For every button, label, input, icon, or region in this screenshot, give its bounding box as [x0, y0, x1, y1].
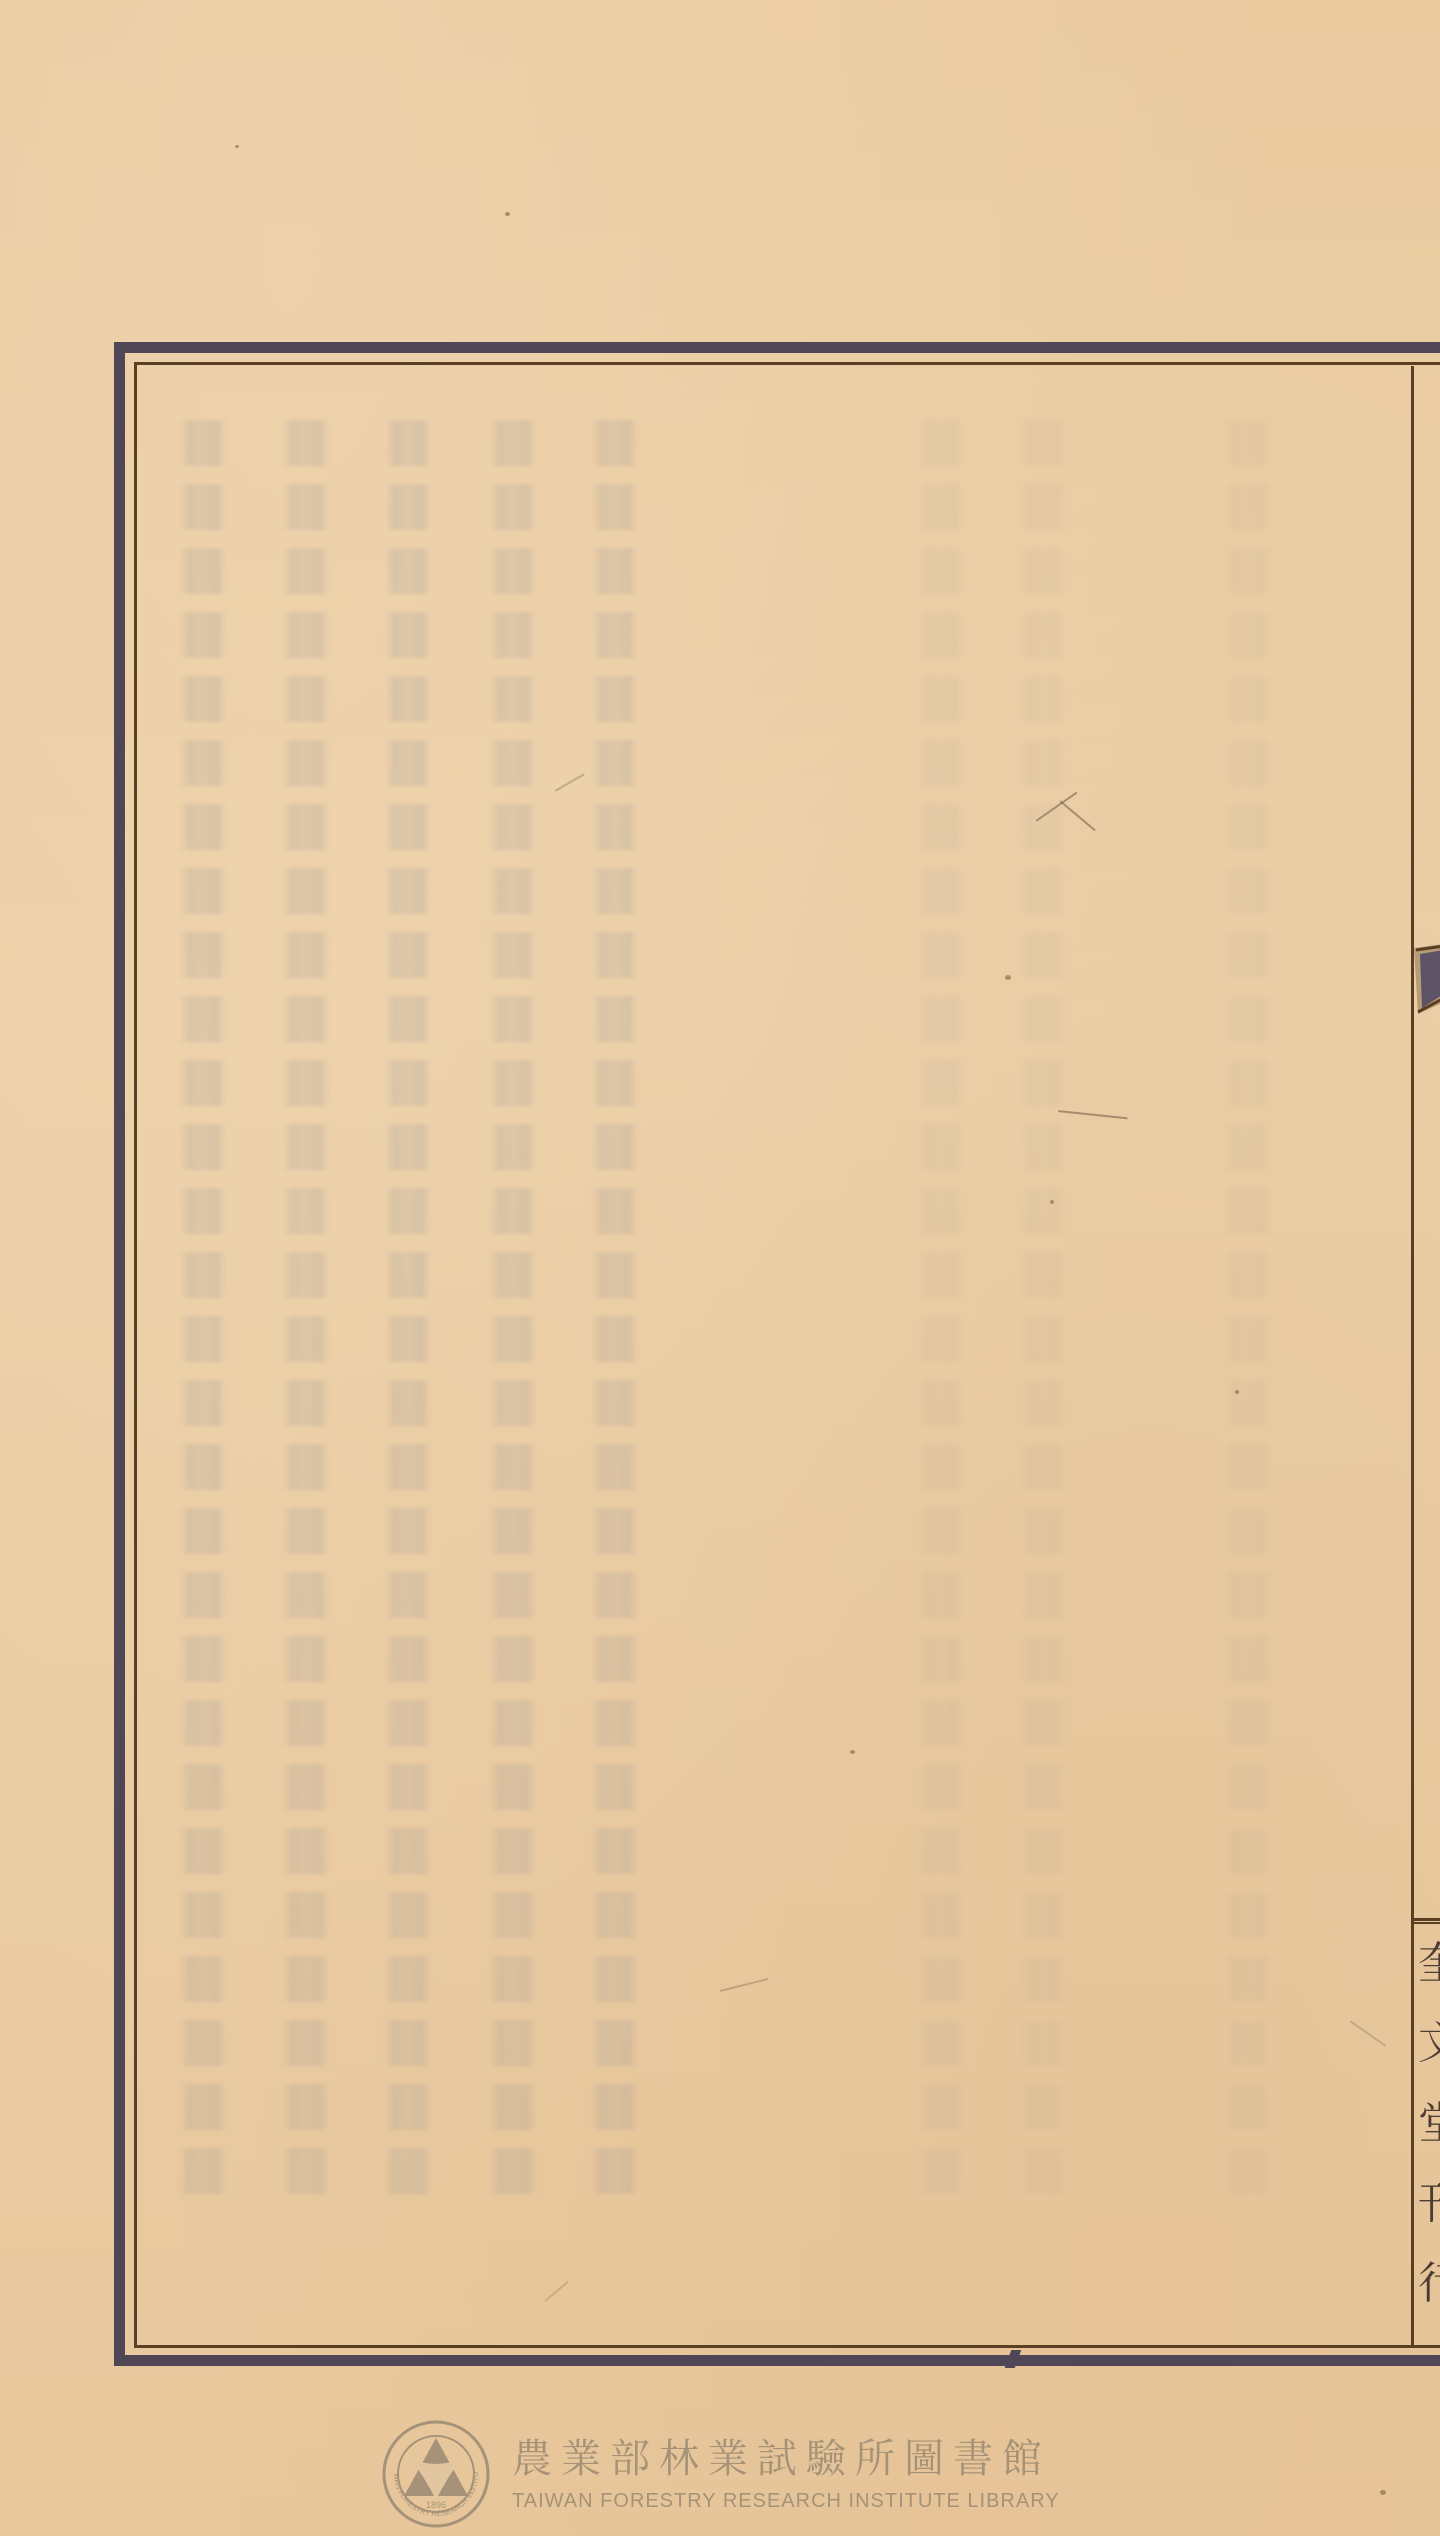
library-watermark: 1896 TAIWAN FORESTRY RESEARCH INSTITUTE …: [380, 2418, 1060, 2530]
paper-speck: [505, 212, 510, 216]
publisher-char: 刊: [1418, 2180, 1440, 2232]
publisher-char: 堂: [1418, 2100, 1440, 2152]
page-frame-inner-line: [134, 362, 1440, 2348]
gutter-rule: [1414, 1918, 1440, 1924]
publisher-char: 文: [1418, 2020, 1440, 2072]
paper-speck: [235, 145, 239, 148]
institute-logo-icon: 1896 TAIWAN FORESTRY RESEARCH INSTITUTE: [380, 2418, 492, 2530]
paper-speck: [1380, 2490, 1386, 2495]
publisher-imprint: 奎 文 堂 刊 行: [1414, 1930, 1440, 2350]
fishtail-ornament-icon: [1410, 930, 1440, 1016]
publisher-char: 行: [1418, 2260, 1440, 2312]
library-name-english: TAIWAN FORESTRY RESEARCH INSTITUTE LIBRA…: [512, 2488, 1060, 2514]
library-name-chinese: 農業部林業試驗所圖書館: [512, 2434, 1060, 2484]
publisher-char: 奎: [1418, 1940, 1440, 1992]
